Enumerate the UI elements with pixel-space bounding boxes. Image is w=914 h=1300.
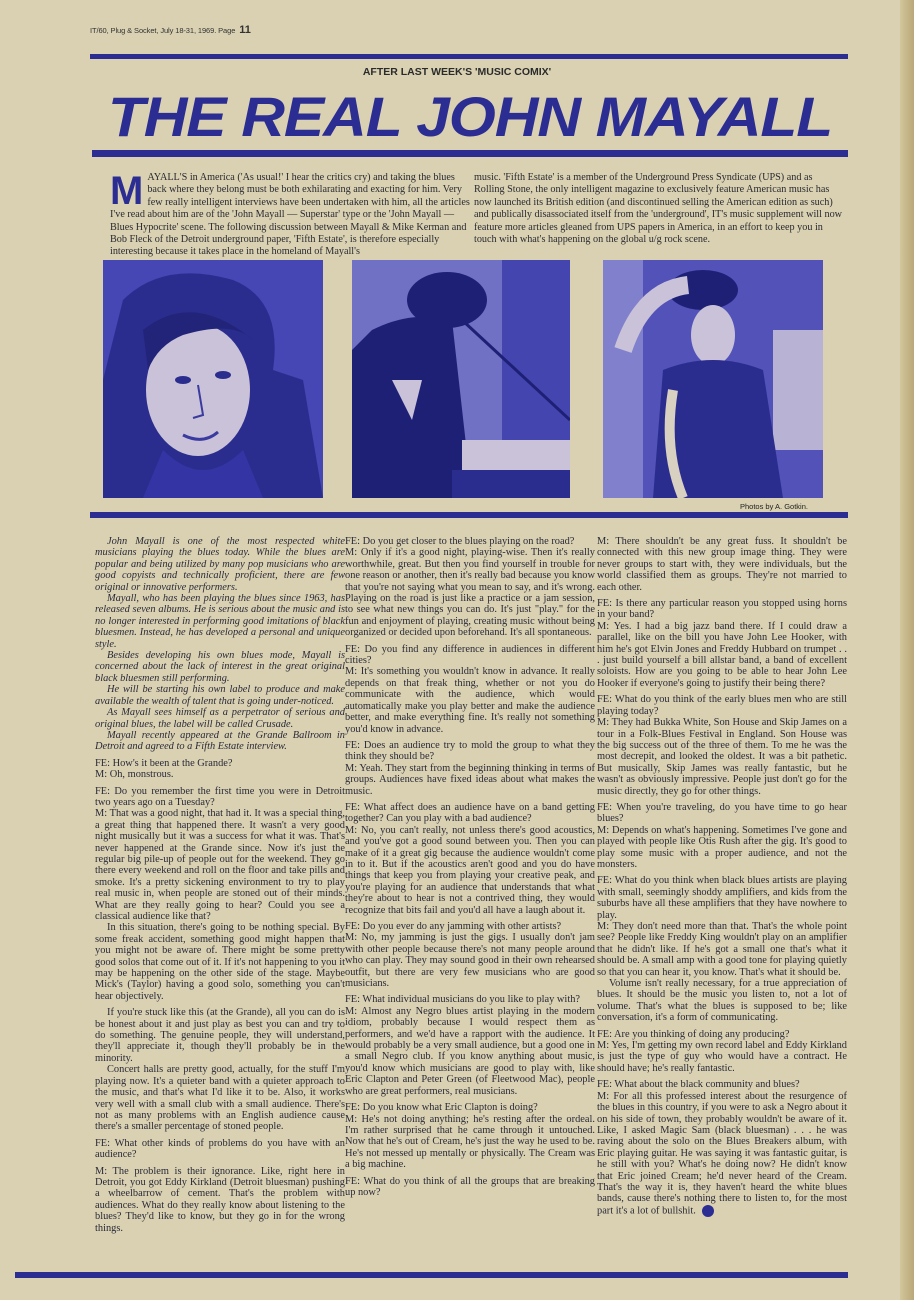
intro-italic-3: Besides developing his own blues mode, M…: [95, 650, 345, 684]
intro-italic-6: Mayall recently appeared at the Grande B…: [95, 730, 345, 753]
photo-hand-on-head: [603, 260, 823, 498]
page-number: 11: [239, 24, 250, 36]
answer: M: No, my jamming is just the gigs. I us…: [345, 932, 595, 989]
folio-text: IT/60, Plug & Socket, July 18-31, 1969. …: [90, 26, 235, 35]
answer: M: He's not doing anything; he's resting…: [345, 1114, 595, 1171]
intro-italic-2: Mayall, who has been playing the blues s…: [95, 593, 345, 650]
intro-left-text: AYALL'S in America ('As usual!' I hear t…: [110, 172, 470, 257]
intro-italic-1: John Mayall is one of the most respected…: [95, 536, 345, 593]
intro-right: music. 'Fifth Estate' is a member of the…: [474, 172, 844, 246]
question: FE: Do you know what Eric Clapton is doi…: [345, 1102, 595, 1113]
question: FE: Do you get closer to the blues playi…: [345, 536, 595, 547]
answer: M: Depends on what's happening. Sometime…: [597, 825, 847, 871]
answer-continued: If you're stuck like this (at the Grande…: [95, 1007, 345, 1064]
photo-credit: Photos by A. Gotkin.: [740, 502, 808, 511]
paper-edge: [900, 0, 914, 1300]
question: FE: What do you think when black blues a…: [597, 875, 847, 921]
headline-rule: [92, 150, 848, 157]
keyboard-image-icon: [352, 260, 570, 498]
photo-keyboard: [352, 260, 570, 498]
final-answer: M: For all this professed interest about…: [597, 1091, 847, 1217]
article-column-1: John Mayall is one of the most respected…: [95, 536, 345, 1239]
answer-continued: In this situation, there's going to be n…: [95, 922, 345, 1002]
question: FE: What do you think of all the groups …: [345, 1176, 595, 1199]
answer: M: The problem is their ignorance. Like,…: [95, 1166, 345, 1234]
question: FE: Does an audience try to mold the gro…: [345, 740, 595, 763]
article-column-3: M: There shouldn't be any great fuss. It…: [597, 536, 847, 1222]
answer-continued: Concert halls are pretty good, actually,…: [95, 1064, 345, 1132]
question: FE: Do you ever do any jamming with othe…: [345, 921, 595, 932]
answer: M: Only if it's a good night, playing-wi…: [345, 547, 595, 638]
question: FE: What do you think of the early blues…: [597, 694, 847, 717]
answer: M: Yes, I'm getting my own record label …: [597, 1040, 847, 1074]
folio: IT/60, Plug & Socket, July 18-31, 1969. …: [90, 24, 251, 36]
intro-left: MAYALL'S in America ('As usual!' I hear …: [110, 172, 470, 259]
intro-italic-4: He will be starting his own label to pro…: [95, 684, 345, 707]
answer: M: It's something you wouldn't know in a…: [345, 666, 595, 734]
article-column-2: FE: Do you get closer to the blues playi…: [345, 536, 595, 1203]
question: FE: When you're traveling, do you have t…: [597, 802, 847, 825]
answer: M: Yeah. They start from the beginning t…: [345, 763, 595, 797]
drop-cap: M: [110, 174, 143, 208]
answer: M: That was a good night, that had it. I…: [95, 808, 345, 922]
top-rule: [90, 54, 848, 59]
answer: M: Oh, monstrous.: [95, 769, 345, 780]
answer: M: There shouldn't be any great fuss. It…: [597, 536, 847, 593]
question: FE: Is there any particular reason you s…: [597, 598, 847, 621]
intro-italic-5: As Mayall sees himself as a perpetrator …: [95, 707, 345, 730]
final-answer-text: M: For all this professed interest about…: [597, 1091, 847, 1216]
answer: M: Almost any Negro blues artist playing…: [345, 1006, 595, 1097]
page-title: THE REAL JOHN MAYALL: [60, 82, 881, 152]
question: FE: Do you remember the first time you w…: [95, 786, 345, 809]
question: FE: What about the black community and b…: [597, 1079, 847, 1090]
question: FE: Do you find any difference in audien…: [345, 644, 595, 667]
answer: M: Yes. I had a big jazz band there. If …: [597, 621, 847, 689]
question: FE: Are you thinking of doing any produc…: [597, 1029, 847, 1040]
answer: M: They don't need more than that. That'…: [597, 921, 847, 978]
answer-continued: Volume isn't really necessary, for a tru…: [597, 978, 847, 1024]
question: FE: What individual musicians do you lik…: [345, 994, 595, 1005]
answer: M: No, you can't really, not unless ther…: [345, 825, 595, 916]
end-mark-icon: [702, 1205, 714, 1217]
kicker: AFTER LAST WEEK'S 'MUSIC COMIX': [0, 66, 914, 78]
hand-on-head-image-icon: [603, 260, 823, 498]
bottom-rule: [15, 1272, 848, 1278]
photo-rule: [90, 512, 848, 518]
question: FE: How's it been at the Grande?: [95, 758, 345, 769]
answer: M: They had Bukka White, Son House and S…: [597, 717, 847, 797]
question: FE: What other kinds of problems do you …: [95, 1138, 345, 1161]
portrait-image-icon: [103, 260, 323, 498]
question: FE: What affect does an audience have on…: [345, 802, 595, 825]
photo-portrait: [103, 260, 323, 498]
